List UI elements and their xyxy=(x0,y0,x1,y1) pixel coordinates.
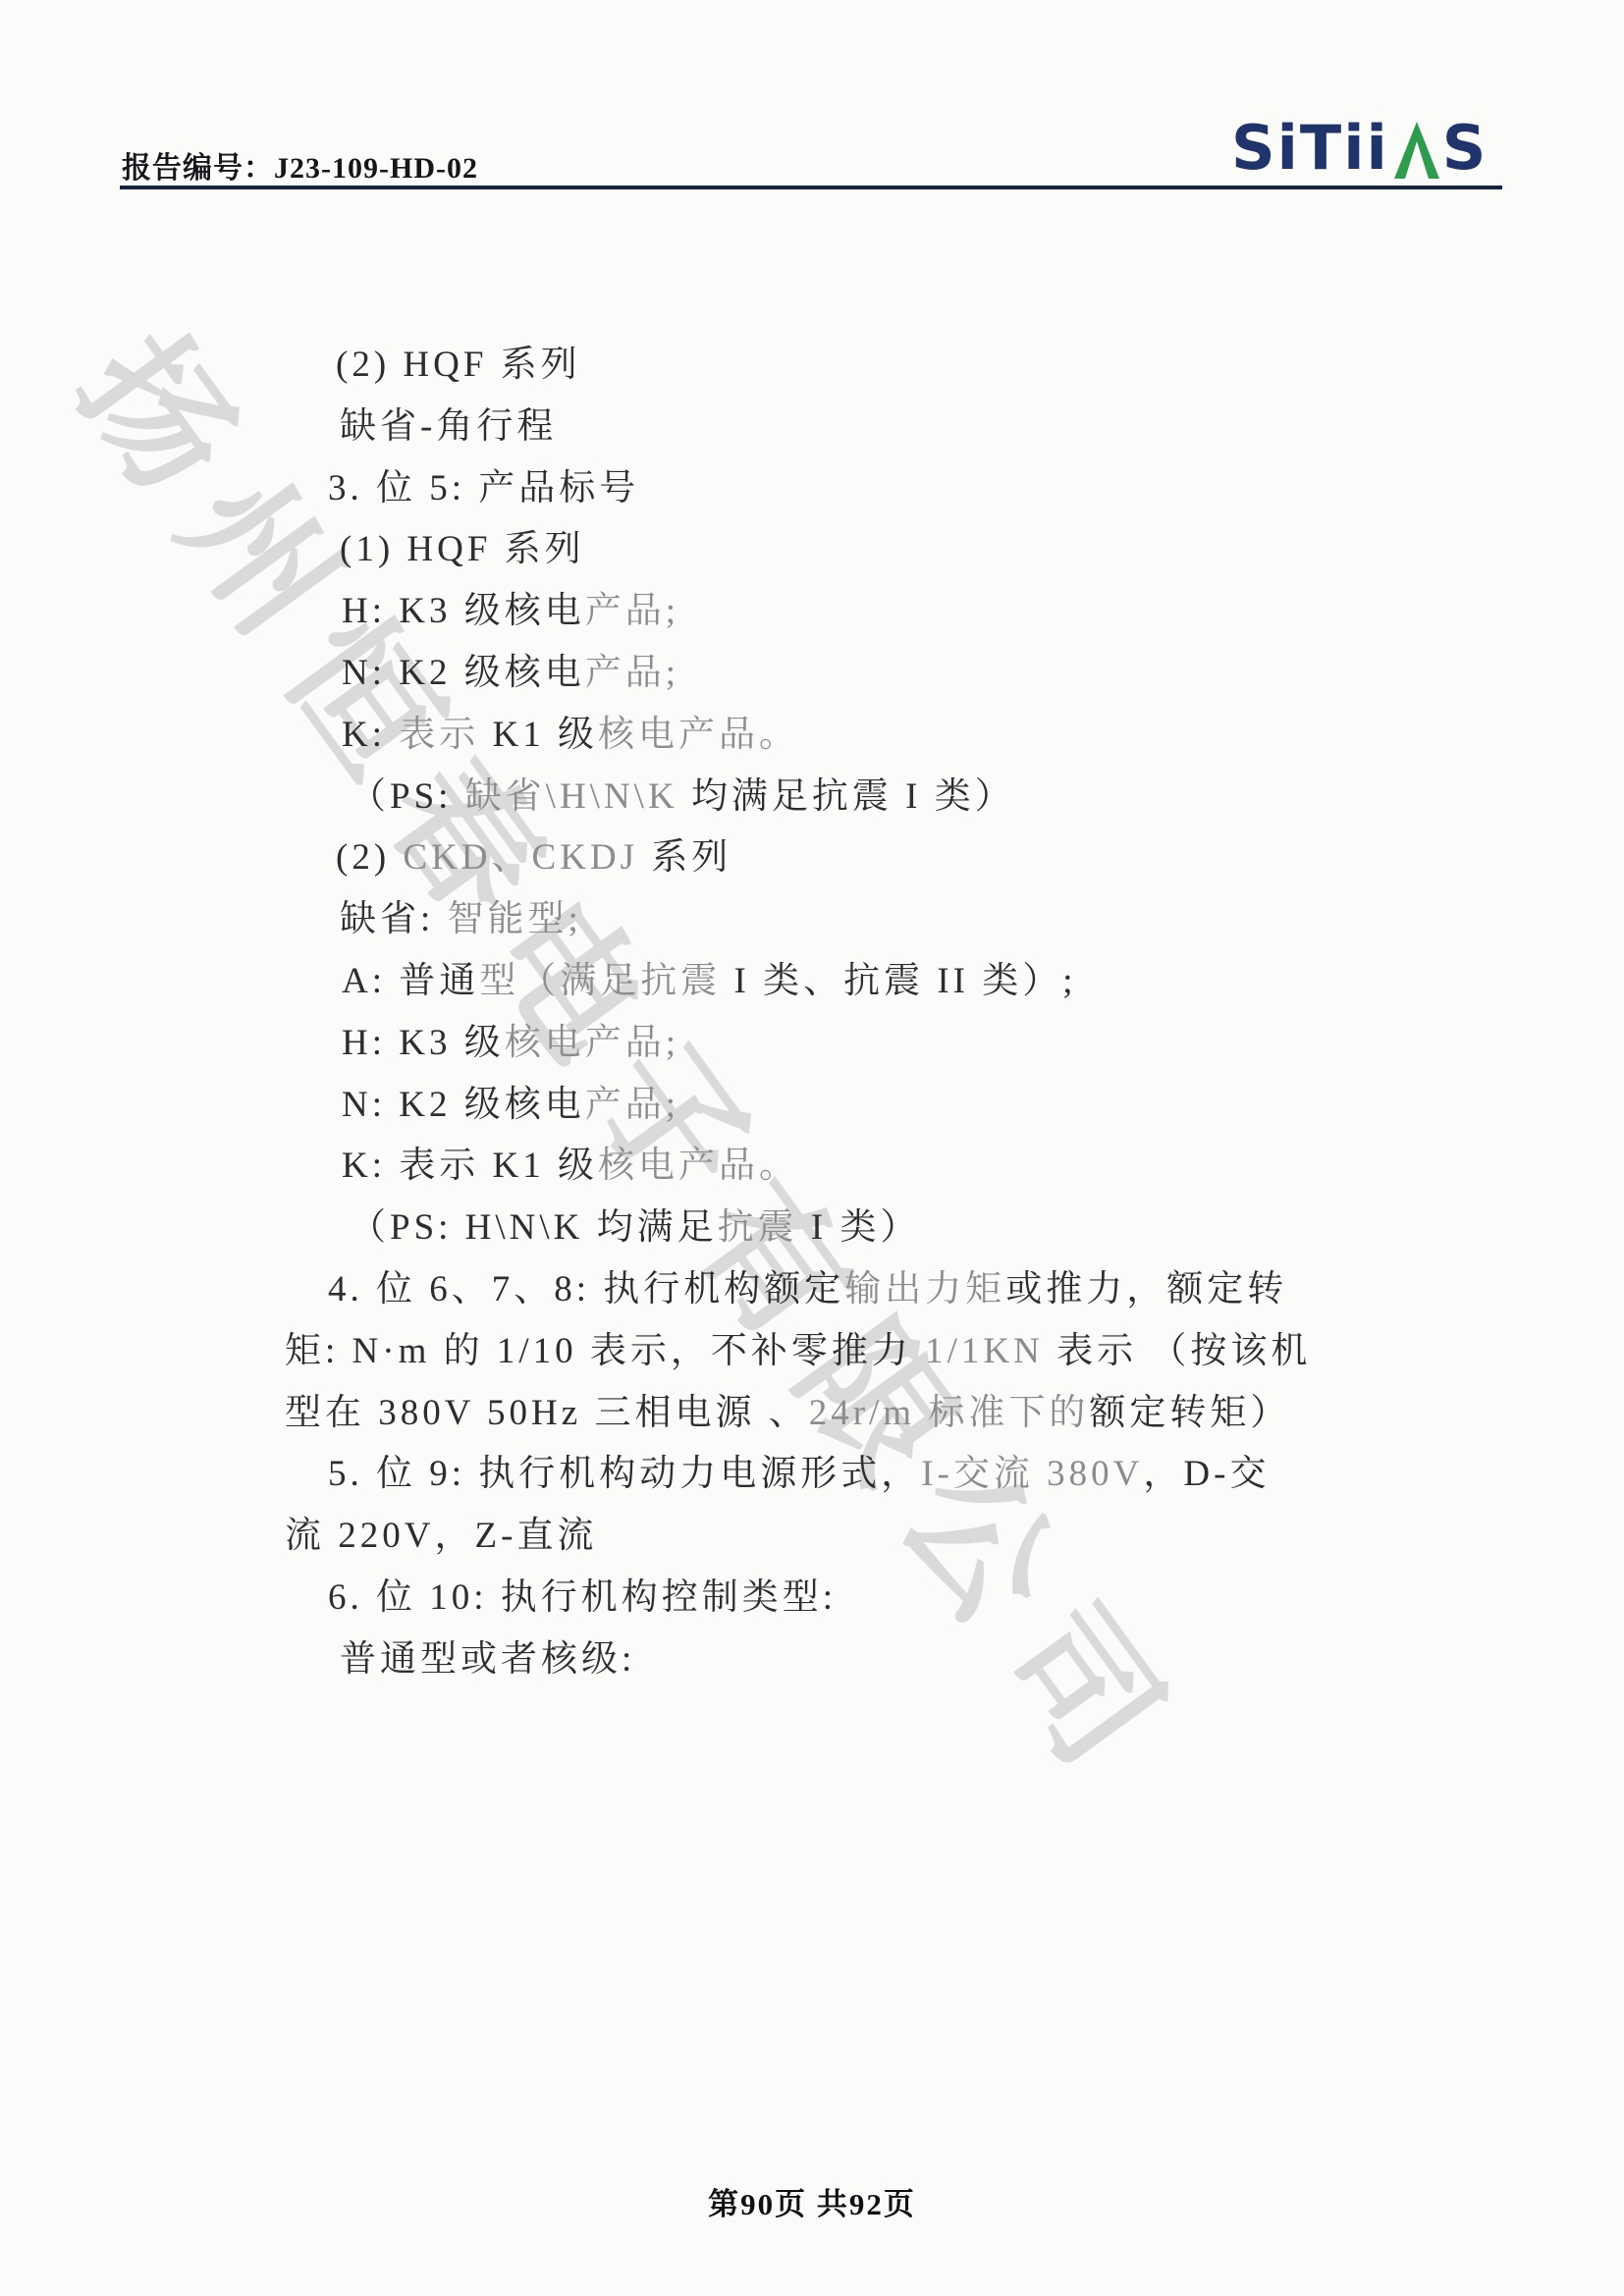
body-text-segment: CKD、CKDJ xyxy=(403,837,638,878)
body-line: 6. 位 10: 执行机构控制类型: xyxy=(328,1576,837,1620)
body-text-segment: 24r/m 标准下的 xyxy=(809,1393,1090,1433)
body-text-segment: 型在 380V 50Hz 三相电源 、 xyxy=(285,1393,809,1433)
body-text-segment: 均满足抗震 I 类） xyxy=(678,776,1015,817)
body-line: H: K3 级核电产品; xyxy=(342,1022,679,1065)
body-text-segment: （PS: xyxy=(350,776,465,817)
body-line: K: 表示 K1 级核电产品。 xyxy=(342,714,799,757)
body-text-segment: 3. 位 5: 产品标号 xyxy=(328,468,639,508)
body-text-segment: I 类、抗震 II 类）; xyxy=(721,961,1076,1001)
body-line: 缺省: 智能型; xyxy=(340,898,582,941)
body-text-segment: 产品; xyxy=(585,591,679,631)
body-text-segment: 型（满足抗震 xyxy=(479,961,721,1001)
body-line: K: 表示 K1 级核电产品。 xyxy=(342,1145,799,1188)
body-text-segment: 缺省: xyxy=(340,899,448,939)
body-text-segment: 产品; xyxy=(585,1085,679,1125)
body-text-segment: 6. 位 10: 执行机构控制类型: xyxy=(328,1577,837,1618)
body-text-segment: N: K2 级核电 xyxy=(342,653,585,693)
report-number: 报告编号：J23-109-HD-02 xyxy=(122,143,478,187)
body-text-segment: 缺省-角行程 xyxy=(340,406,557,447)
logo-text-left: SiTii xyxy=(1231,118,1389,179)
logo-text-right: S xyxy=(1442,118,1489,179)
body-text-segment: 智能型; xyxy=(448,899,582,939)
body-line: (2) CKD、CKDJ 系列 xyxy=(336,836,731,880)
paper-background: 报告编号：J23-109-HD-02 SiTii S 扬州恒春电子有限公司 (2… xyxy=(0,0,1624,2296)
body-line: (1) HQF 系列 xyxy=(340,528,585,571)
body-line: 型在 380V 50Hz 三相电源 、24r/m 标准下的额定转矩） xyxy=(285,1392,1290,1435)
body-text-segment: 1/1KN xyxy=(925,1331,1044,1371)
body-text-segment: 流 220V，Z-直流 xyxy=(285,1516,597,1556)
body-text-segment: (2) xyxy=(336,837,403,878)
body-text-segment: 核电产品; xyxy=(505,1023,679,1063)
body-text-segment: （PS: H\N\K 均满足 xyxy=(350,1207,718,1248)
body-line: 普通型或者核级: xyxy=(340,1638,635,1682)
body-line: 5. 位 9: 执行机构动力电源形式，I-交流 380V，D-交 xyxy=(328,1453,1270,1496)
body-text-segment: ，D-交 xyxy=(1143,1454,1270,1494)
body-text-segment: 缺省\H\N\K xyxy=(465,776,678,817)
body-text-segment: 表示 xyxy=(399,715,479,755)
body-line: 4. 位 6、7、8: 执行机构额定输出力矩或推力，额定转 xyxy=(328,1268,1287,1311)
body-text-segment: 系列 xyxy=(638,837,731,878)
body-text-segment: 5. 位 9: 执行机构动力电源形式， xyxy=(328,1454,921,1494)
body-text-segment: K1 级 xyxy=(479,715,598,755)
body-line: 矩: N·m 的 1/10 表示，不补零推力 1/1KN 表示 （按该机 xyxy=(285,1330,1311,1373)
body-text-segment: A: 普通 xyxy=(342,961,479,1001)
company-logo: SiTii S xyxy=(1231,118,1488,179)
header-rule xyxy=(120,186,1502,189)
body-text-segment: 产品; xyxy=(585,653,679,693)
body-text-segment: K: xyxy=(342,715,399,755)
body-text-segment: 核电产品。 xyxy=(598,1146,799,1186)
body-text-segment: 表示 （按该机 xyxy=(1044,1331,1312,1371)
body-line: N: K2 级核电产品; xyxy=(342,1084,679,1127)
body-text-segment: (1) HQF 系列 xyxy=(340,529,585,569)
body-line: H: K3 级核电产品; xyxy=(342,590,679,633)
body-line: 缺省-角行程 xyxy=(340,405,557,449)
page: { "page": {"width": 1654, "height": 2339… xyxy=(0,0,1624,2296)
body-text-segment: I 类） xyxy=(798,1207,921,1248)
body-text-segment: 输出力矩 xyxy=(844,1269,1005,1309)
body-text-segment: (2) HQF 系列 xyxy=(336,345,581,385)
body-text-segment: 4. 位 6、7、8: 执行机构额定 xyxy=(328,1269,844,1309)
page-footer: 第90页 共92页 xyxy=(0,2179,1624,2223)
body-text-segment: 抗震 xyxy=(718,1207,798,1248)
body-line: 流 220V，Z-直流 xyxy=(285,1515,597,1558)
logo-a-icon xyxy=(1394,122,1439,179)
body-line: N: K2 级核电产品; xyxy=(342,652,679,695)
body-text-segment: 核电产品。 xyxy=(598,715,799,755)
body-line: （PS: H\N\K 均满足抗震 I 类） xyxy=(350,1206,920,1250)
body-text-segment: 普通型或者核级: xyxy=(340,1639,635,1680)
body-text-segment: 矩: N·m 的 1/10 表示，不补零推力 xyxy=(285,1331,925,1371)
body-text-segment: H: K3 级核电 xyxy=(342,591,585,631)
body-text-segment: H: K3 级 xyxy=(342,1023,505,1063)
body-text-segment: K: 表示 K1 级 xyxy=(342,1146,598,1186)
body-text-segment: 额定转矩） xyxy=(1089,1393,1290,1433)
body-text-segment: 或推力，额定转 xyxy=(1005,1269,1287,1309)
body-line: (2) HQF 系列 xyxy=(336,344,581,387)
body-line: 3. 位 5: 产品标号 xyxy=(328,467,639,510)
body-line: （PS: 缺省\H\N\K 均满足抗震 I 类） xyxy=(350,775,1015,819)
body-text-segment: N: K2 级核电 xyxy=(342,1085,585,1125)
body-text-segment: I-交流 380V xyxy=(921,1454,1143,1494)
body-line: A: 普通型（满足抗震 I 类、抗震 II 类）; xyxy=(342,960,1077,1003)
